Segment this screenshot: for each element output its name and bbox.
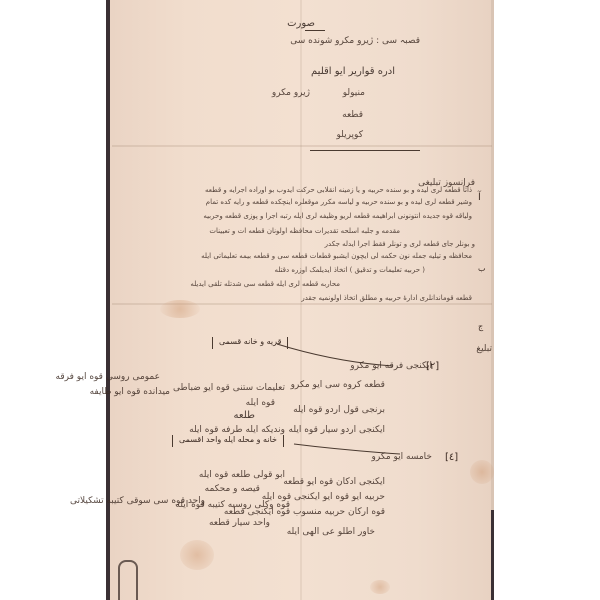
list-entry: میدانده قوه ایو طایفه bbox=[90, 387, 170, 397]
list-entry: عمومی روسی قوه ایو فرقه bbox=[56, 372, 160, 382]
list-heading: ایکنجی فرقه ایو مکرو bbox=[350, 361, 432, 371]
list-number: [٢] bbox=[426, 361, 439, 372]
list-entry: قطعه کروه سی ایو مکرو bbox=[291, 380, 385, 390]
paragraph-marker: ب bbox=[478, 264, 486, 273]
list-entry: قیصه و محکمه bbox=[205, 484, 260, 494]
list-number: [٤] bbox=[445, 452, 458, 463]
stain bbox=[470, 460, 494, 484]
body-line: ( حربیه تعلیمات و تدقیق ) اتخاذ ایدیلمک … bbox=[274, 266, 425, 274]
list-entry: طلعه bbox=[234, 410, 255, 421]
paragraph-marker: آ bbox=[478, 192, 481, 203]
list-entry: واحد سیار قطعه bbox=[209, 518, 270, 528]
body-line: مقدمه و جلبه اسلحه تقدیرات محافظه اولونا… bbox=[209, 227, 400, 235]
list-heading: خامسه ایو مکرو bbox=[372, 452, 432, 462]
header-divider bbox=[310, 150, 420, 151]
stain bbox=[180, 540, 214, 570]
body-line: وشیر قطعه لری لیده و بو سنده حربیه و لیا… bbox=[206, 198, 472, 206]
body-line: ولیاقه قوه جدیده انتونونی ابراهیمه قطعه … bbox=[203, 212, 472, 220]
list-entry: ایکنجی اردو سیار قوه ایله bbox=[289, 425, 385, 435]
body-line: و بونلر جای قطعه لری و تونلر فقط اجرا ای… bbox=[325, 240, 475, 248]
header-line: ژیرو مکرو bbox=[272, 88, 310, 98]
bracket-label: خانه و محله ایله واحد اقسمی bbox=[172, 435, 284, 447]
body-line: قطعه قوماندانلری ادارهٔ حربیه و مطلق اتخ… bbox=[301, 294, 472, 302]
body-line: ذاتاً قطعه لری لیده و بو سنده حربیه و یا… bbox=[205, 186, 472, 194]
paragraph-marker: ج bbox=[478, 322, 483, 331]
list-entry: خاور اطلو عی الهی ایله bbox=[287, 527, 375, 537]
list-entry: قوه ایله bbox=[246, 398, 275, 408]
header-line: منیولو bbox=[343, 88, 365, 98]
list-entry: وندیکه ایله طرفه قوه ایله bbox=[189, 425, 285, 435]
paper-clip bbox=[118, 560, 138, 600]
header-line: ادره قواریر ایو اقلیم bbox=[311, 66, 395, 77]
fold-crease bbox=[112, 145, 492, 147]
list-entry: ابو قولی طلعه قوه ایله bbox=[199, 470, 285, 480]
stain bbox=[160, 300, 200, 318]
header-title: صورت bbox=[287, 18, 315, 29]
stain bbox=[370, 580, 390, 594]
list-entry: واحد قوه سی سوقی کتیبه تشکیلاتی bbox=[70, 496, 205, 506]
section-label: تبلیغ bbox=[476, 344, 492, 354]
paper-right-edge-shadow bbox=[491, 510, 494, 600]
body-line: محافظه و تیلیه جمله نون حکمه لی ایچون ای… bbox=[201, 252, 472, 260]
title-underline bbox=[305, 30, 325, 31]
list-entry: تعلیمات ستنی قوه ایو ضباطی bbox=[173, 383, 285, 393]
list-entry: ایکنجی ادکان قوه ایو قطعه bbox=[283, 477, 385, 487]
body-line: محاربه قطعه لری ایله قطعه سی شدتله تلقی … bbox=[190, 280, 340, 288]
header-line: کوپریلو bbox=[336, 130, 363, 140]
header-line: قطعه bbox=[342, 110, 363, 120]
list-entry: برنجی قول اردو قوه ایله bbox=[293, 405, 385, 415]
header-line: قصبہ سی : ژیرو مکرو شونده سی bbox=[290, 36, 420, 46]
